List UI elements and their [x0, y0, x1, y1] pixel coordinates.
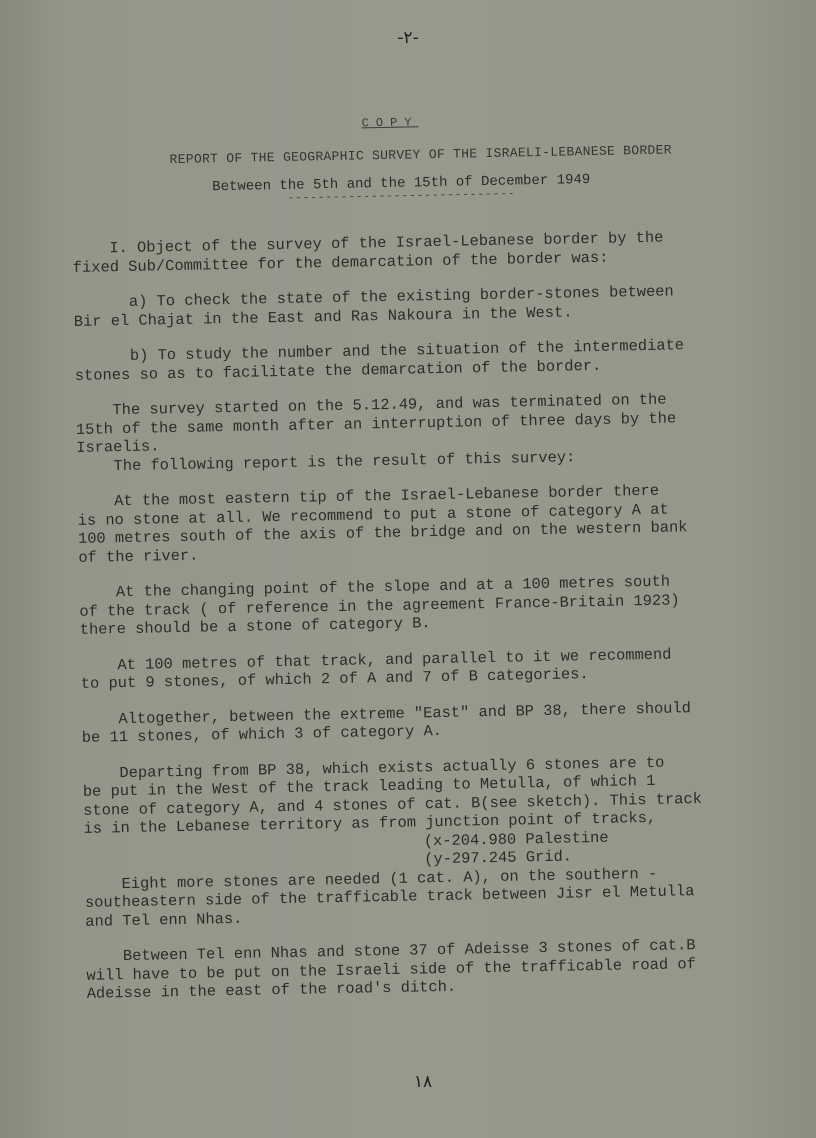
paragraph-item-b: b) To study the number and the situation…	[74, 335, 775, 385]
page-footer-number: ١٨	[0, 1072, 816, 1092]
scanned-page: -٢- COPY REPORT OF THE GEOGRAPHIC SURVEY…	[0, 0, 816, 1138]
paragraph-item-a: a) To check the state of the existing bo…	[73, 281, 774, 331]
copy-label: COPY	[10, 109, 770, 138]
paragraph-object: I. Object of the survey of the Israel-Le…	[72, 227, 773, 277]
paragraph-tel-enn-nhas: Between Tel enn Nhas and stone 37 of Ade…	[86, 934, 787, 1003]
page-header-number: -٢-	[0, 28, 816, 48]
typed-report: COPY REPORT OF THE GEOGRAPHIC SURVEY OF …	[70, 109, 787, 1021]
paragraph-parallel-track: At 100 metres of that track, and paralle…	[80, 643, 781, 693]
paragraph-altogether: Altogether, between the extreme "East" a…	[81, 697, 782, 747]
paragraph-departing: Departing from BP 38, which exists actua…	[82, 751, 783, 838]
paragraph-eastern-tip: At the most eastern tip of the Israel-Le…	[77, 479, 778, 566]
paragraph-survey-dates: The survey started on the 5.12.49, and w…	[75, 389, 776, 476]
report-title: REPORT OF THE GEOGRAPHIC SURVEY OF THE I…	[71, 141, 771, 169]
paragraph-changing-point: At the changing point of the slope and a…	[79, 570, 780, 639]
